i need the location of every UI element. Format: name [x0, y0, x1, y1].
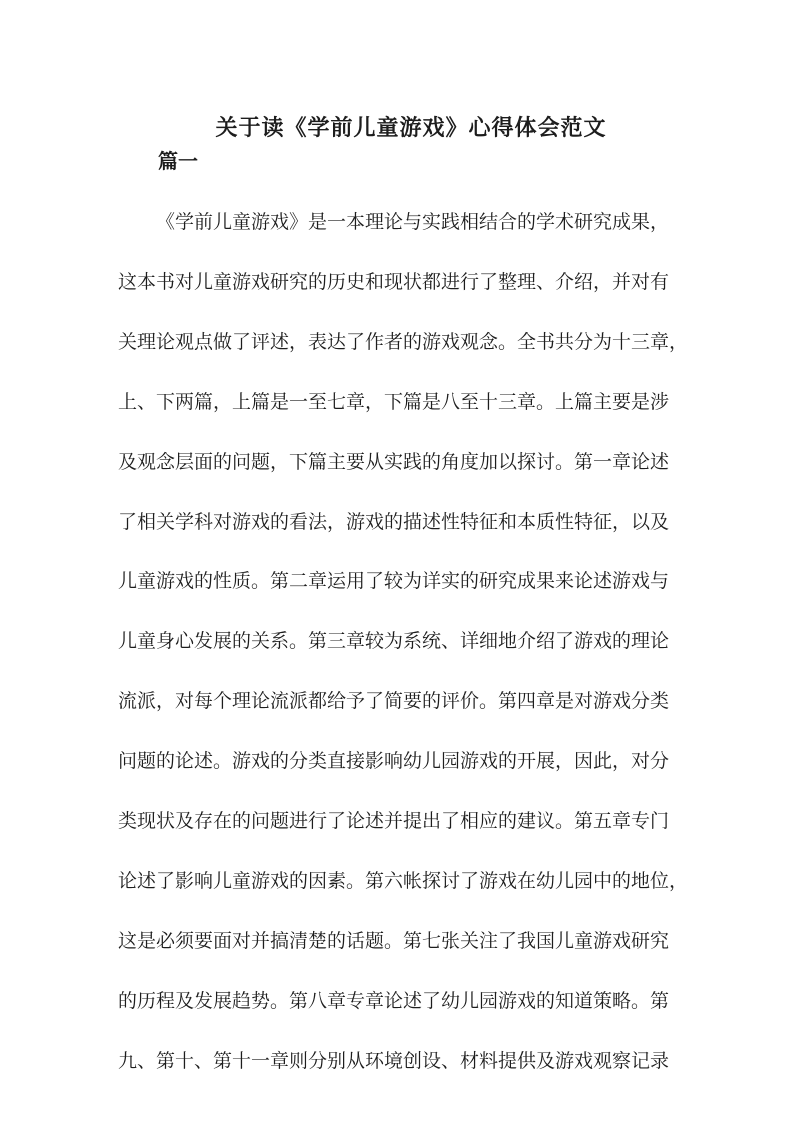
paragraph-line: 这本书对儿童游戏研究的历史和现状都进行了整理、介绍，并对有	[118, 253, 674, 313]
paragraph-line: 上、下两篇，上篇是一至七章，下篇是八至十三章。上篇主要是涉	[118, 373, 674, 433]
paragraph-line: 流派，对每个理论流派都给予了简要的评价。第四章是对游戏分类	[118, 672, 674, 732]
paragraph-line: 儿童游戏的性质。第二章运用了较为详实的研究成果来论述游戏与	[118, 552, 674, 612]
paragraph-line: 的历程及发展趋势。第八章专章论述了幼儿园游戏的知道策略。第	[118, 972, 674, 1032]
document-title: 关于读《学前儿童游戏》心得体会范文	[0, 0, 804, 140]
paragraph-line: 这是必须要面对并搞清楚的话题。第七张关注了我国儿童游戏研究	[118, 912, 674, 972]
document-body: 篇一 《学前儿童游戏》是一本理论与实践相结合的学术研究成果，这本书对儿童游戏研究…	[0, 151, 804, 1092]
paragraph-line: 类现状及存在的问题进行了论述并提出了相应的建议。第五章专门	[118, 792, 674, 852]
paragraph-line: 问题的论述。游戏的分类直接影响幼儿园游戏的开展，因此，对分	[118, 732, 674, 792]
paragraph-line: 及观念层面的问题，下篇主要从实践的角度加以探讨。第一章论述	[118, 433, 674, 493]
document-page: 关于读《学前儿童游戏》心得体会范文 篇一 《学前儿童游戏》是一本理论与实践相结合…	[0, 0, 804, 1137]
section-heading: 篇一	[118, 151, 674, 173]
paragraph-line: 儿童身心发展的关系。第三章较为系统、详细地介绍了游戏的理论	[118, 612, 674, 672]
paragraph-line: 关理论观点做了评述，表达了作者的游戏观念。全书共分为十三章，	[118, 313, 674, 373]
paragraph-line: 九、第十、第十一章则分别从环境创设、材料提供及游戏观察记录	[118, 1032, 674, 1092]
paragraph-line: 了相关学科对游戏的看法，游戏的描述性特征和本质性特征，以及	[118, 493, 674, 553]
paragraph-line: 论述了影响儿童游戏的因素。第六帐探讨了游戏在幼儿园中的地位，	[118, 852, 674, 912]
body-paragraph: 《学前儿童游戏》是一本理论与实践相结合的学术研究成果，这本书对儿童游戏研究的历史…	[118, 193, 674, 1092]
paragraph-line: 《学前儿童游戏》是一本理论与实践相结合的学术研究成果，	[118, 193, 674, 253]
